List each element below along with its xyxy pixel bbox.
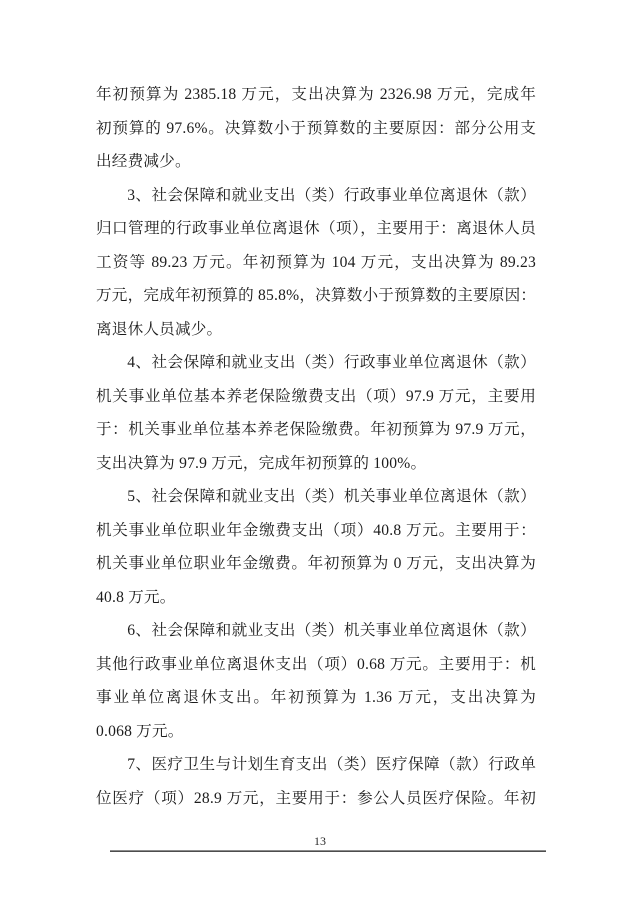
document-body: 年初预算为 2385.18 万元，支出决算为 2326.98 万元，完成年初预算…	[96, 78, 536, 815]
text-line: 7、医疗卫生与计划生育支出（类）医疗保障（款）行政单	[96, 748, 536, 782]
paragraph: 5、社会保障和就业支出（类）机关事业单位离退休（款）机关事业单位职业年金缴费支出…	[96, 480, 536, 614]
text-line: 年初预算为 2385.18 万元，支出决算为 2326.98 万元，完成年	[96, 78, 536, 112]
text-line: 6、社会保障和就业支出（类）机关事业单位离退休（款）	[96, 614, 536, 648]
footer-rule	[110, 850, 546, 852]
text-line: 4、社会保障和就业支出（类）行政事业单位离退休（款）	[96, 346, 536, 380]
paragraph: 4、社会保障和就业支出（类）行政事业单位离退休（款）机关事业单位基本养老保险缴费…	[96, 346, 536, 480]
text-line: 离退休人员减少。	[96, 313, 536, 347]
text-line: 机关事业单位职业年金缴费。年初预算为 0 万元，支出决算为	[96, 547, 536, 581]
text-line: 支出决算为 97.9 万元，完成年初预算的 100%。	[96, 447, 536, 481]
text-line: 工资等 89.23 万元。年初预算为 104 万元，支出决算为 89.23	[96, 246, 536, 280]
text-line: 3、社会保障和就业支出（类）行政事业单位离退休（款）	[96, 179, 536, 213]
text-line: 位医疗（项）28.9 万元，主要用于：参公人员医疗保险。年初	[96, 782, 536, 816]
text-line: 事业单位离退休支出。年初预算为 1.36 万元，支出决算为	[96, 681, 536, 715]
text-line: 归口管理的行政事业单位离退休（项），主要用于：离退休人员	[96, 212, 536, 246]
text-line: 万元，完成年初预算的 85.8%，决算数小于预算数的主要原因：	[96, 279, 536, 313]
paragraph: 6、社会保障和就业支出（类）机关事业单位离退休（款）其他行政事业单位离退休支出（…	[96, 614, 536, 748]
text-line: 出经费减少。	[96, 145, 536, 179]
paragraph: 7、医疗卫生与计划生育支出（类）医疗保障（款）行政单位医疗（项）28.9 万元，…	[96, 748, 536, 815]
text-line: 机关事业单位基本养老保险缴费支出（项）97.9 万元，主要用	[96, 380, 536, 414]
text-line: 初预算的 97.6%。决算数小于预算数的主要原因：部分公用支	[96, 112, 536, 146]
paragraph: 3、社会保障和就业支出（类）行政事业单位离退休（款）归口管理的行政事业单位离退休…	[96, 179, 536, 347]
text-line: 其他行政事业单位离退休支出（项）0.68 万元。主要用于：机	[96, 648, 536, 682]
text-line: 于：机关事业单位基本养老保险缴费。年初预算为 97.9 万元，	[96, 413, 536, 447]
text-line: 5、社会保障和就业支出（类）机关事业单位离退休（款）	[96, 480, 536, 514]
text-line: 40.8 万元。	[96, 581, 536, 615]
text-line: 0.068 万元。	[96, 715, 536, 749]
page-number: 13	[0, 834, 640, 849]
paragraph: 年初预算为 2385.18 万元，支出决算为 2326.98 万元，完成年初预算…	[96, 78, 536, 179]
document-page: 年初预算为 2385.18 万元，支出决算为 2326.98 万元，完成年初预算…	[0, 0, 640, 905]
text-line: 机关事业单位职业年金缴费支出（项）40.8 万元。主要用于：	[96, 514, 536, 548]
